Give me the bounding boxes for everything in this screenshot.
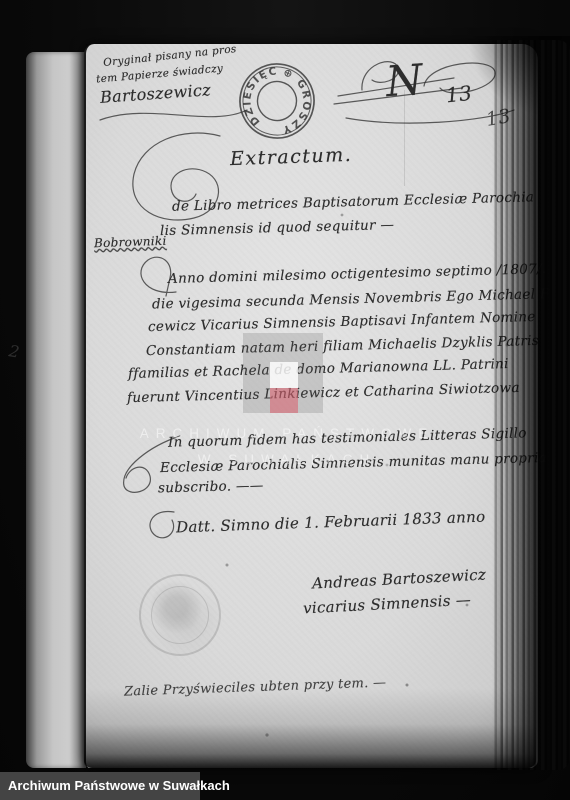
dateline-initial-flourish-icon (140, 506, 180, 540)
paper-specks (86, 44, 88, 46)
scanned-document-viewport: 2 Oryginał pisany na pros tem Papierze ś… (0, 0, 570, 800)
watermark-line: ARCHIWUM PAŃSTWOWE (120, 421, 454, 447)
watermark-line: W SUWAŁKACH (120, 447, 454, 473)
page-number-letter: N (384, 55, 424, 106)
archive-name-label: Archiwum Państwowe w Suwałkach (8, 778, 230, 793)
archive-caption-bar: Archiwum Państwowe w Suwałkach (0, 772, 200, 800)
embossed-parish-seal (139, 574, 221, 656)
page-bottom-shadow (84, 688, 536, 768)
edge-chalk-number: 2 (7, 341, 21, 362)
book-binding-shadow (492, 40, 570, 770)
revenue-stamp-dziesiec-groszy: ⊕ GROSZY DZIESIĘC (228, 52, 325, 149)
attestation-line: subscribo. —— (158, 478, 264, 497)
watermark-flag-white (270, 362, 298, 388)
margin-note-parish: Bobrowniki (94, 234, 167, 251)
document-title: Extractum. (230, 144, 353, 170)
seal-inner-ring (151, 586, 209, 644)
book-page-stack-edge (26, 52, 86, 768)
watermark-flag-red (270, 388, 298, 413)
archive-watermark-text: ARCHIWUM PAŃSTWOWE W SUWAŁKACH (120, 421, 454, 473)
archive-watermark-logo (243, 333, 323, 413)
